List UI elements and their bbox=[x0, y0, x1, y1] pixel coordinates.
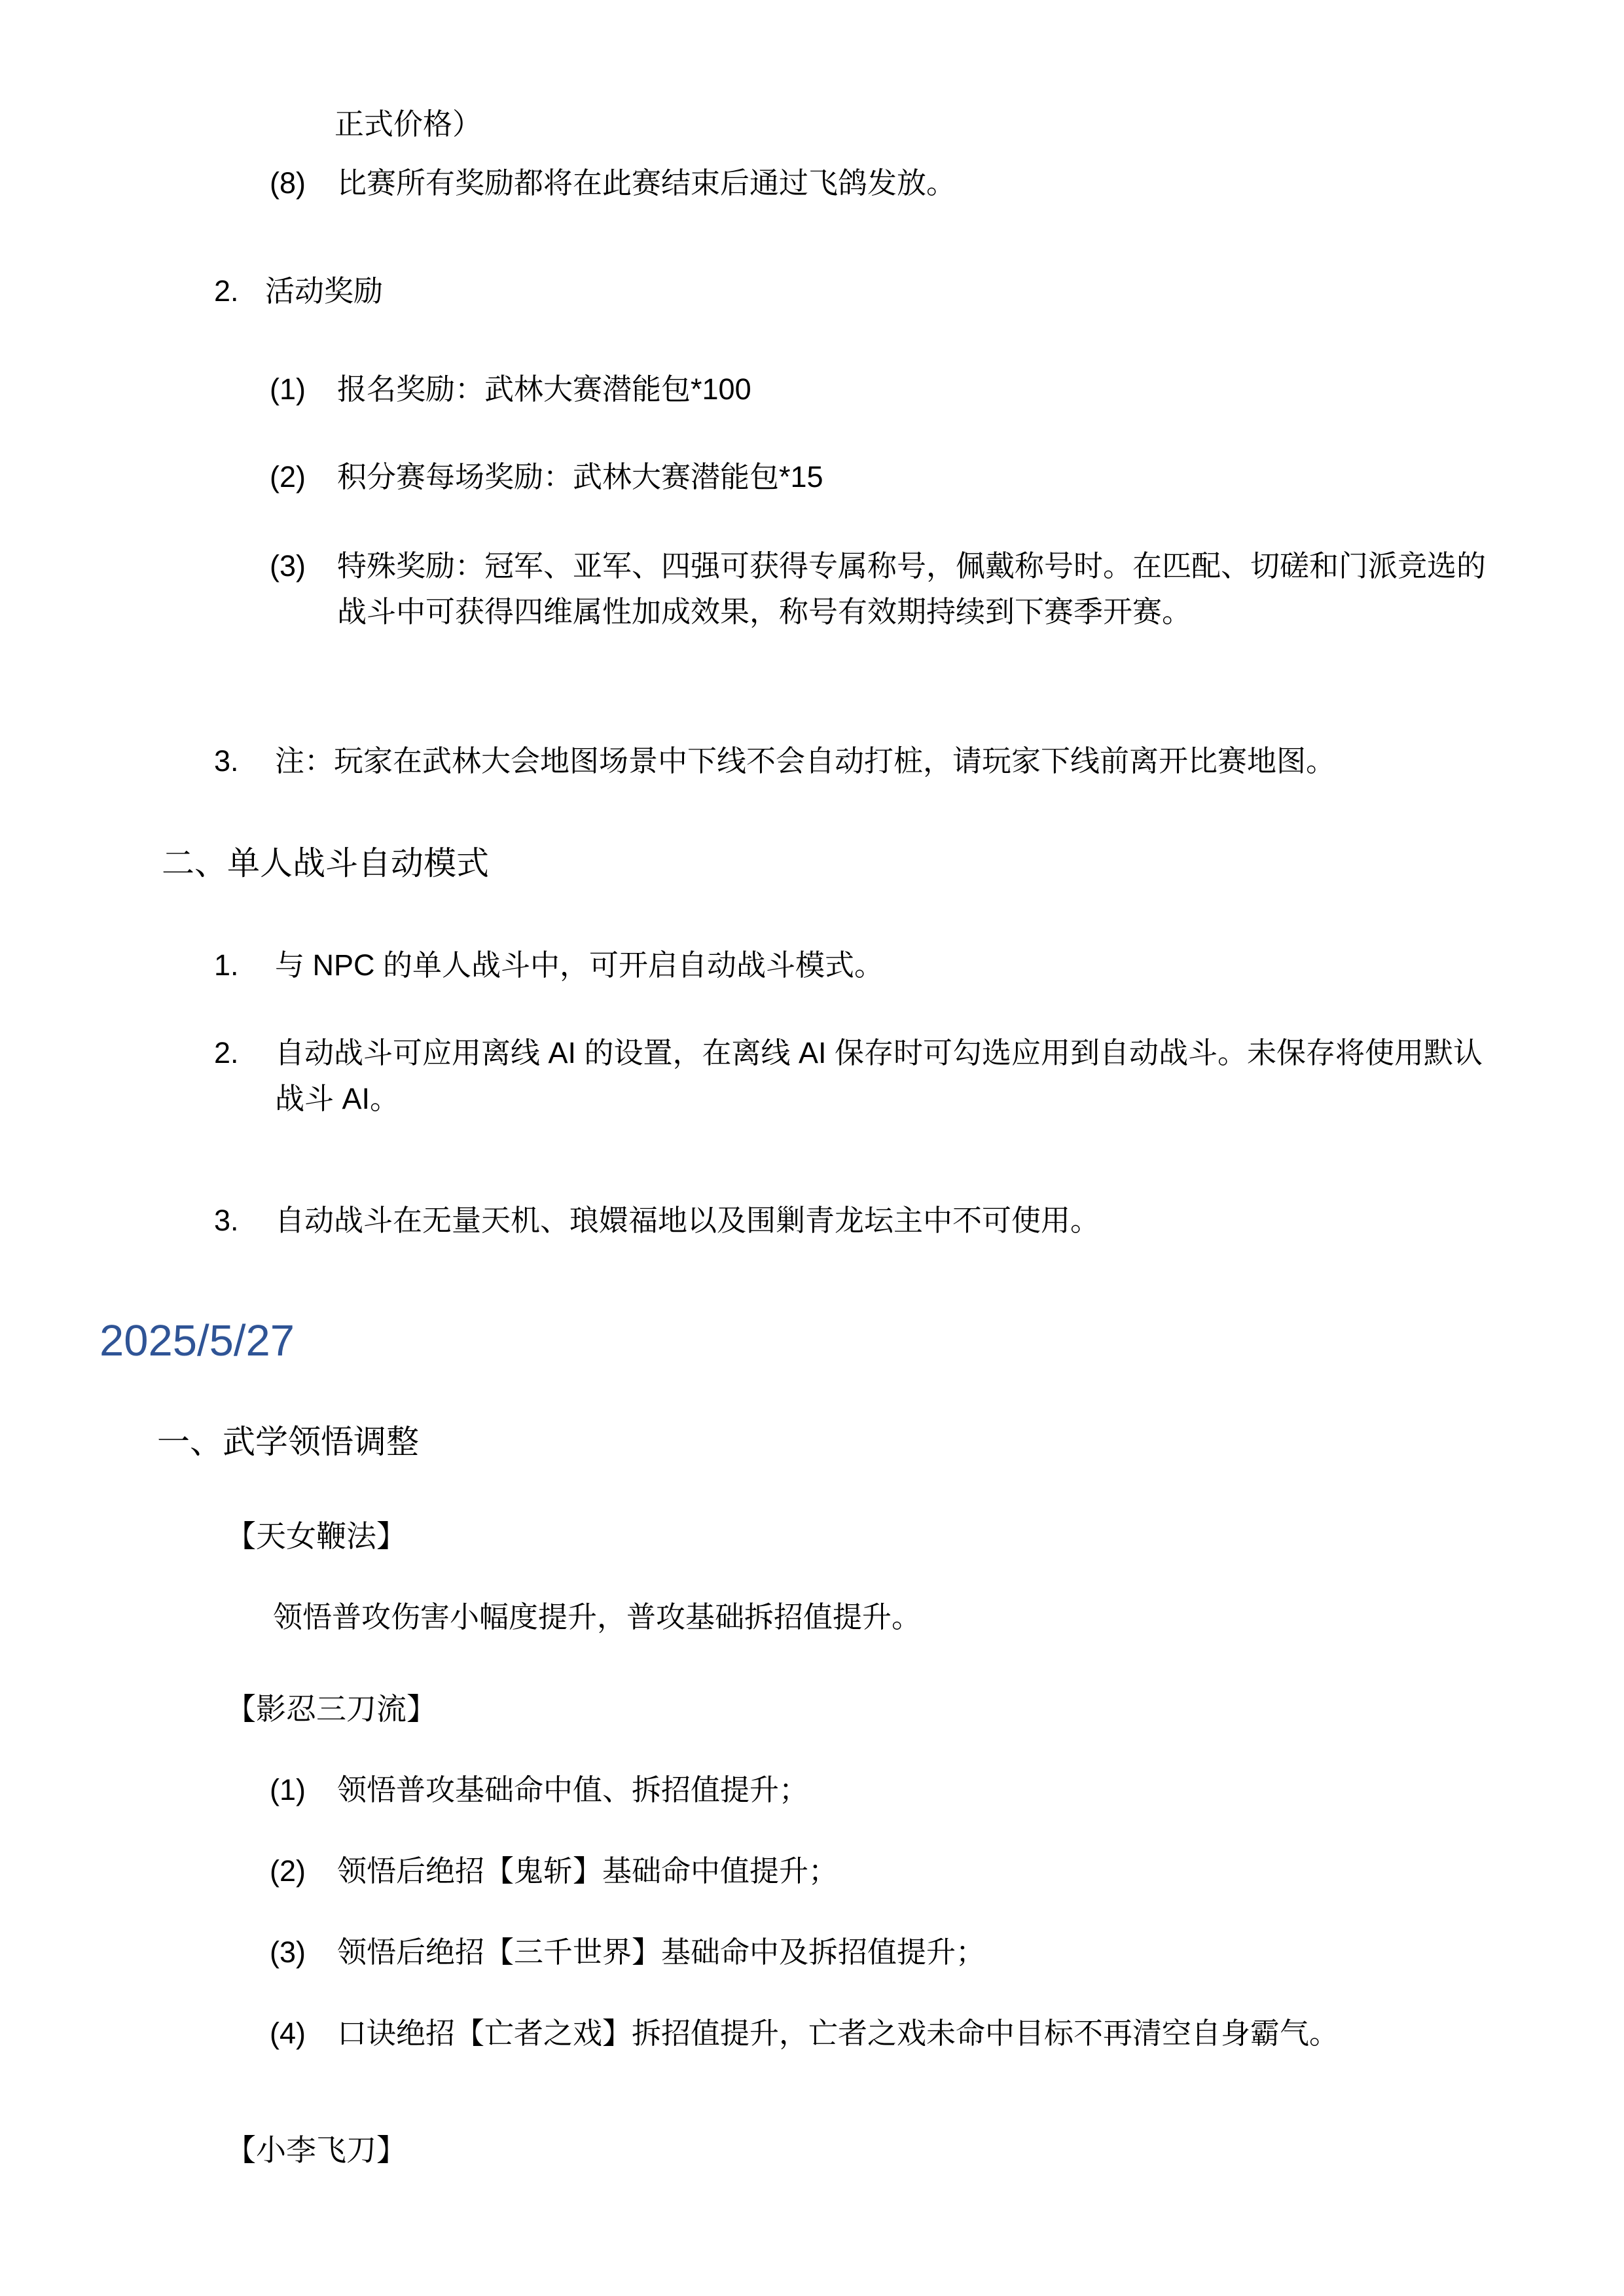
yingren-item-2: (2) 领悟后绝招【鬼斩】基础命中值提升； bbox=[270, 1848, 1509, 1894]
section-heading-auto-battle: 二、单人战斗自动模式 bbox=[162, 839, 489, 888]
skill-name-tiannv-bianfa: 【天女鞭法】 bbox=[226, 1513, 406, 1559]
document-page: 正式价格） (8) 比赛所有奖励都将在此赛结束后通过飞鸽发放。 2. 活动奖励 … bbox=[0, 0, 1624, 2296]
yingren-item-3: (3) 领悟后绝招【三千世界】基础命中及拆招值提升； bbox=[270, 1929, 1509, 1975]
list-marker: (1) bbox=[270, 367, 337, 412]
list-item-8: (8) 比赛所有奖励都将在此赛结束后通过飞鸽发放。 bbox=[270, 160, 1509, 206]
auto-battle-item-2: 2. 自动战斗可应用离线 AI 的设置，在离线 AI 保存时可勾选应用到自动战斗… bbox=[214, 1030, 1512, 1122]
list-text: 与 NPC 的单人战斗中，可开启自动战斗模式。 bbox=[275, 942, 1512, 988]
list-marker: (3) bbox=[270, 543, 337, 589]
list-text: 积分赛每场奖励：武林大赛潜能包*15 bbox=[337, 454, 1509, 500]
list-text: 报名奖励：武林大赛潜能包*100 bbox=[337, 367, 1509, 412]
list-marker: 3. bbox=[214, 738, 275, 784]
reward-list-item-2: (2) 积分赛每场奖励：武林大赛潜能包*15 bbox=[270, 454, 1509, 500]
list-text: 口诀绝招【亡者之戏】拆招值提升，亡者之戏未命中目标不再清空自身霸气。 bbox=[337, 2011, 1509, 2056]
skill-desc-tiannv-bianfa: 领悟普攻伤害小幅度提升，普攻基础拆招值提升。 bbox=[273, 1594, 921, 1640]
section-title: 活动奖励 bbox=[265, 268, 1502, 314]
yingren-item-1: (1) 领悟普攻基础命中值、拆招值提升； bbox=[270, 1767, 1509, 1813]
note-list-item: 3. 注：玩家在武林大会地图场景中下线不会自动打桩，请玩家下线前离开比赛地图。 bbox=[214, 738, 1512, 784]
section-heading-wuxue: 一、武学领悟调整 bbox=[157, 1418, 419, 1466]
date-heading: 2025/5/27 bbox=[99, 1312, 295, 1370]
list-text: 领悟后绝招【鬼斩】基础命中值提升； bbox=[337, 1848, 1509, 1894]
list-marker: (2) bbox=[270, 1848, 337, 1894]
reward-list-item-1: (1) 报名奖励：武林大赛潜能包*100 bbox=[270, 367, 1509, 412]
list-text: 领悟普攻基础命中值、拆招值提升； bbox=[337, 1767, 1509, 1813]
list-text: 领悟后绝招【三千世界】基础命中及拆招值提升； bbox=[337, 1929, 1509, 1975]
continuation-line: 正式价格） bbox=[334, 101, 482, 147]
list-marker: 2. bbox=[214, 1030, 275, 1076]
list-text: 自动战斗可应用离线 AI 的设置，在离线 AI 保存时可勾选应用到自动战斗。未保… bbox=[275, 1030, 1512, 1122]
yingren-item-4: (4) 口诀绝招【亡者之戏】拆招值提升，亡者之戏未命中目标不再清空自身霸气。 bbox=[270, 2011, 1509, 2056]
list-marker: (1) bbox=[270, 1767, 337, 1813]
list-marker: 3. bbox=[214, 1198, 275, 1244]
list-marker: (2) bbox=[270, 454, 337, 500]
list-text: 特殊奖励：冠军、亚军、四强可获得专属称号，佩戴称号时。在匹配、切磋和门派竞选的战… bbox=[337, 543, 1509, 635]
reward-list-item-3: (3) 特殊奖励：冠军、亚军、四强可获得专属称号，佩戴称号时。在匹配、切磋和门派… bbox=[270, 543, 1509, 635]
auto-battle-item-1: 1. 与 NPC 的单人战斗中，可开启自动战斗模式。 bbox=[214, 942, 1512, 988]
skill-name-yingren-sandaoliu: 【影忍三刀流】 bbox=[226, 1686, 437, 1732]
list-text: 注：玩家在武林大会地图场景中下线不会自动打桩，请玩家下线前离开比赛地图。 bbox=[275, 738, 1512, 784]
list-text: 比赛所有奖励都将在此赛结束后通过飞鸽发放。 bbox=[337, 160, 1509, 206]
section-activity-rewards-heading: 2. 活动奖励 bbox=[214, 268, 1502, 314]
auto-battle-item-3: 3. 自动战斗在无量天机、琅嬛福地以及围剿青龙坛主中不可使用。 bbox=[214, 1198, 1512, 1244]
list-marker: 1. bbox=[214, 942, 275, 988]
list-marker: 2. bbox=[214, 268, 265, 314]
list-marker: (8) bbox=[270, 160, 337, 206]
skill-name-xiaoli-feidao: 【小李飞刀】 bbox=[226, 2127, 406, 2173]
list-text: 自动战斗在无量天机、琅嬛福地以及围剿青龙坛主中不可使用。 bbox=[275, 1198, 1512, 1244]
list-marker: (3) bbox=[270, 1929, 337, 1975]
list-marker: (4) bbox=[270, 2011, 337, 2056]
